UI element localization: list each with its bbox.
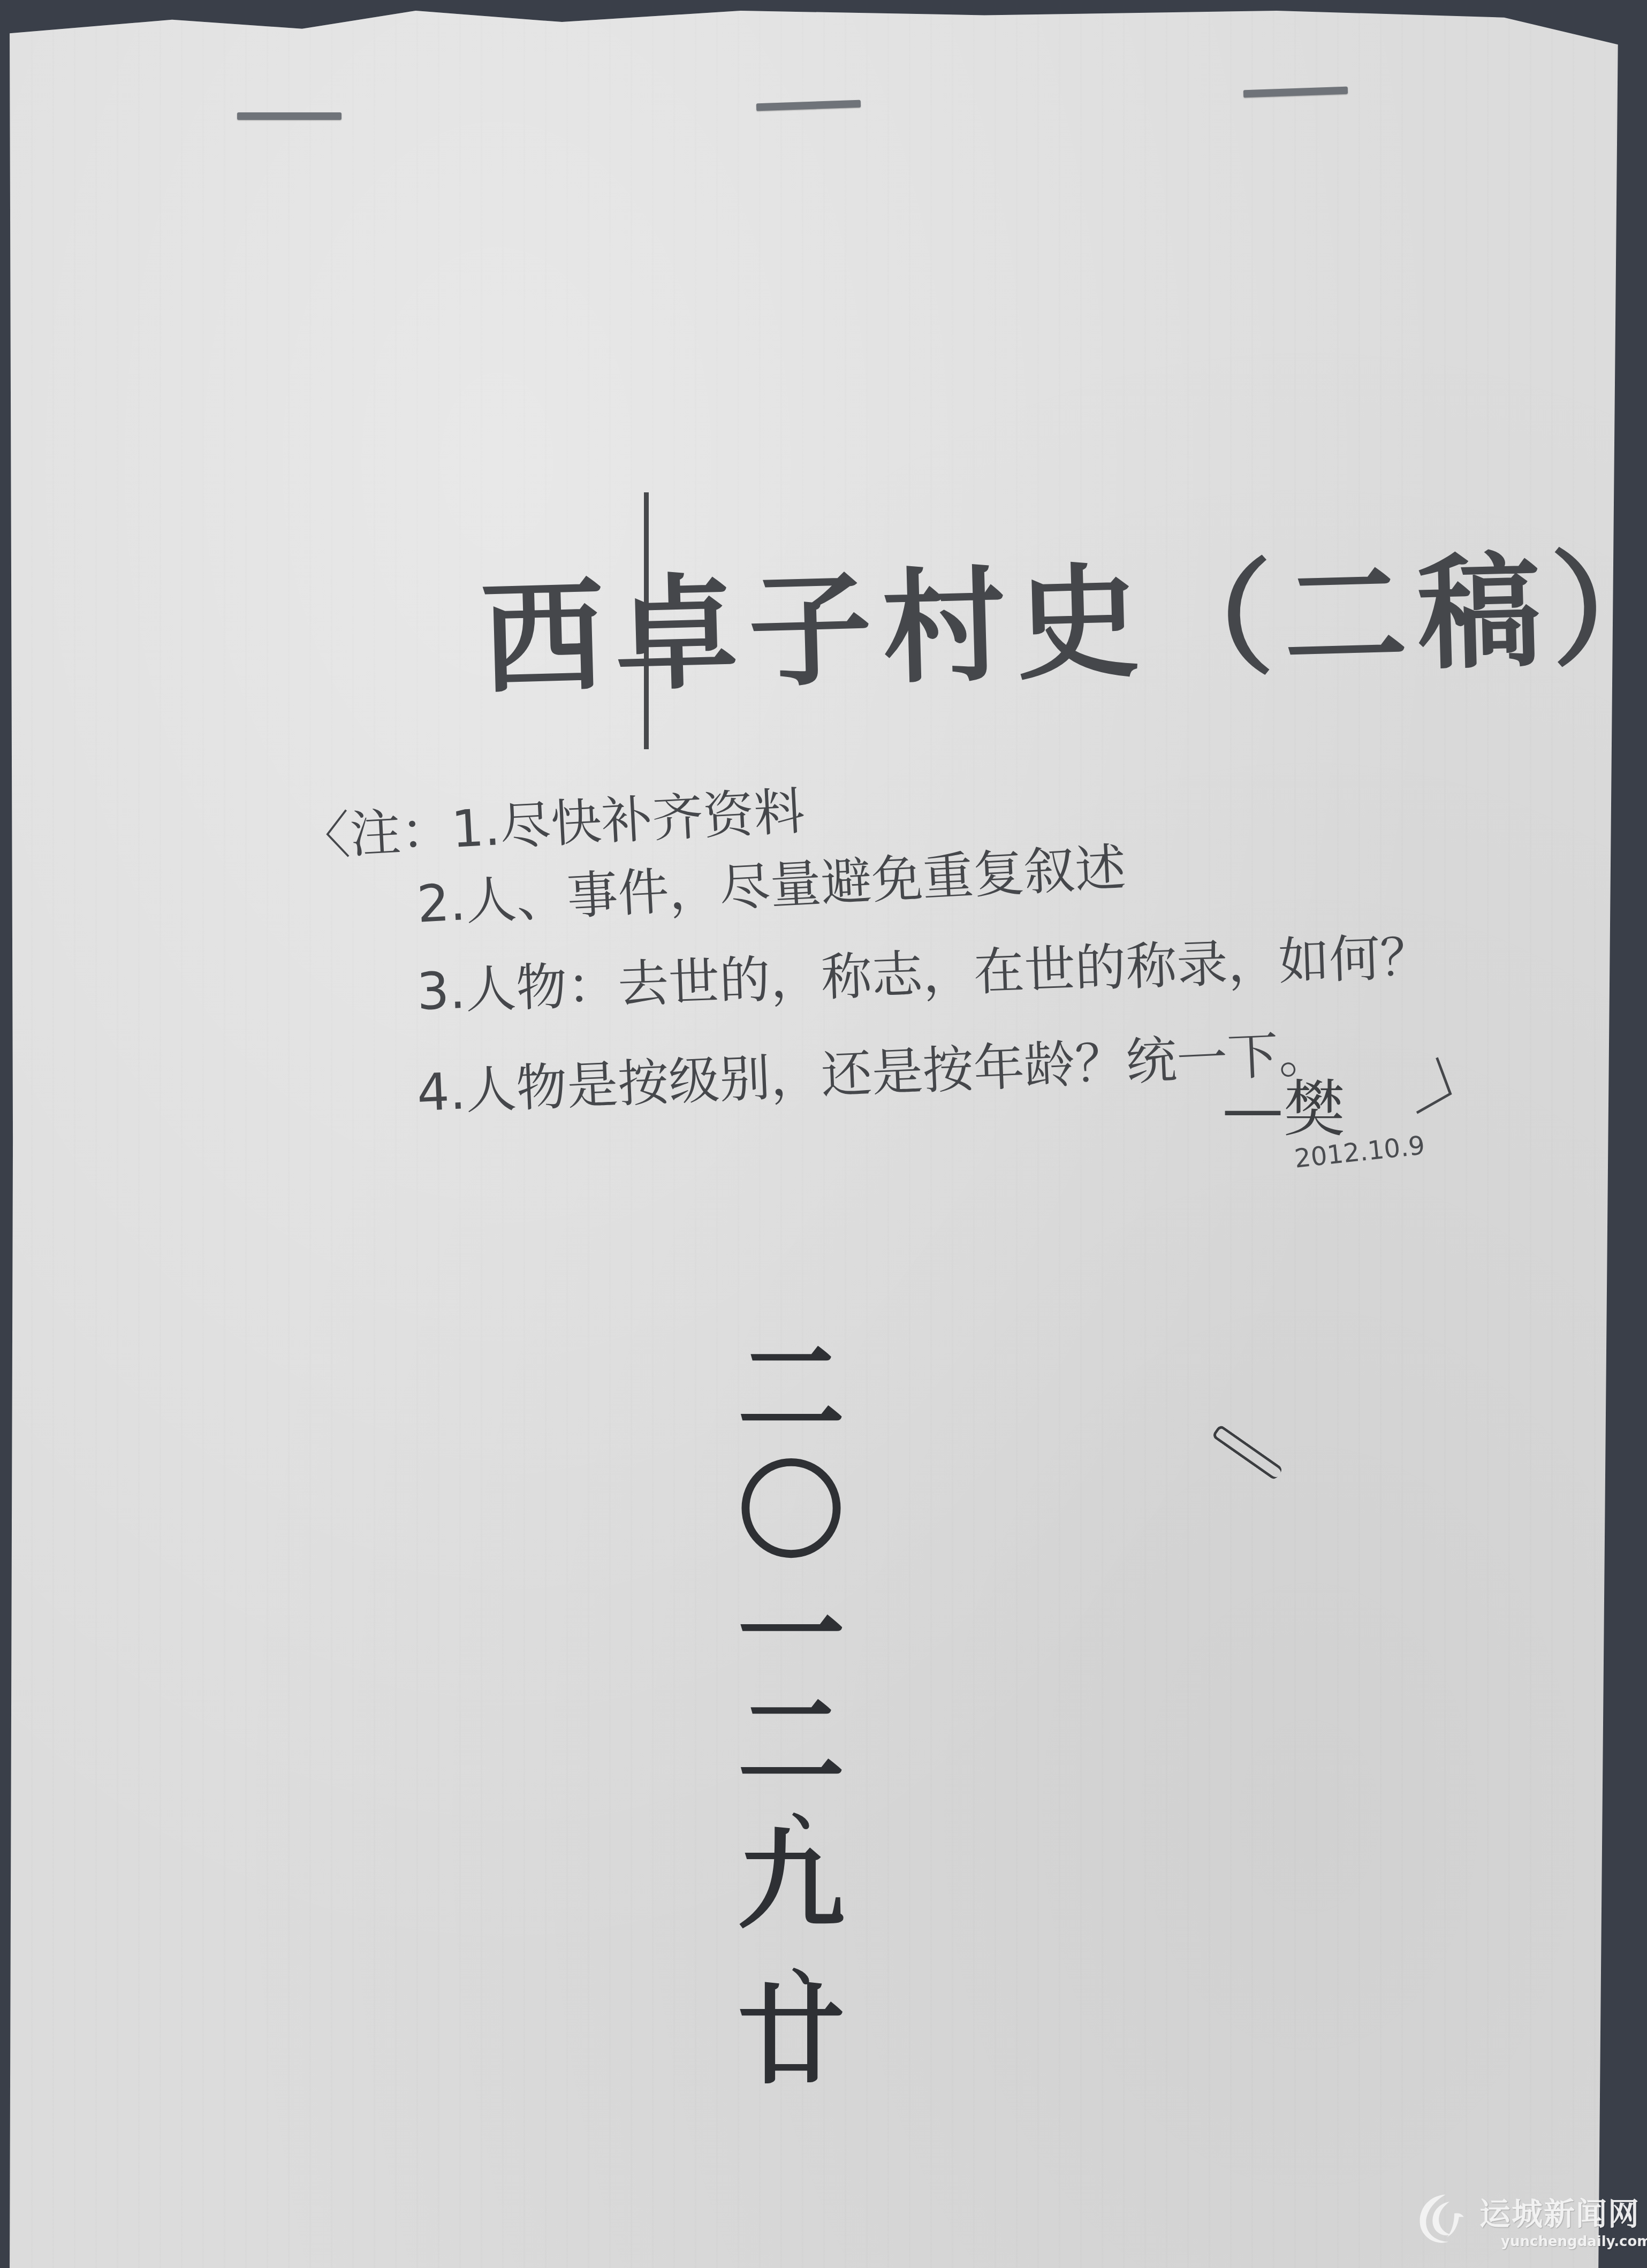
staple-left bbox=[237, 112, 341, 120]
note-item-4: 4.人物是按级别，还是按年龄？统一下。 bbox=[415, 1013, 1331, 1125]
vertical-date-char: 一 bbox=[738, 1573, 845, 1696]
staple-center bbox=[756, 100, 861, 111]
vertical-date: 二 〇 一 二 、 九 、 廿 bbox=[732, 1327, 850, 2098]
signature: —樊 bbox=[1222, 1060, 1345, 1148]
vertical-date-char: 、 bbox=[791, 1943, 850, 1975]
vertical-date-char: 廿 bbox=[738, 1975, 845, 2098]
watermark-name: 运城新闻网 bbox=[1479, 2189, 1647, 2234]
note-item-3: 3.人物：去世的，称志，在世的称录，如何？ bbox=[415, 916, 1432, 1024]
vertical-date-char: 、 bbox=[791, 1787, 850, 1820]
staple-right bbox=[1243, 87, 1348, 98]
vertical-date-char: 〇 bbox=[738, 1450, 845, 1573]
stray-ink-mark bbox=[1211, 1424, 1284, 1481]
document-title: 西卓子村史（二稿） bbox=[479, 509, 1647, 718]
paper-sheet: 西卓子村史（二稿） 〈注：1.尽快补齐资料 2.人、事件，尽量避免重复叙述 3.… bbox=[10, 11, 1634, 2268]
phoenix-swirl-logo-icon bbox=[1413, 2190, 1472, 2249]
vertical-date-char: 二 bbox=[738, 1327, 845, 1450]
watermark-domain: yunchengdaily.com bbox=[1501, 2234, 1647, 2250]
watermark: 运城新闻网 yunchengdaily.com bbox=[1413, 2189, 1647, 2250]
